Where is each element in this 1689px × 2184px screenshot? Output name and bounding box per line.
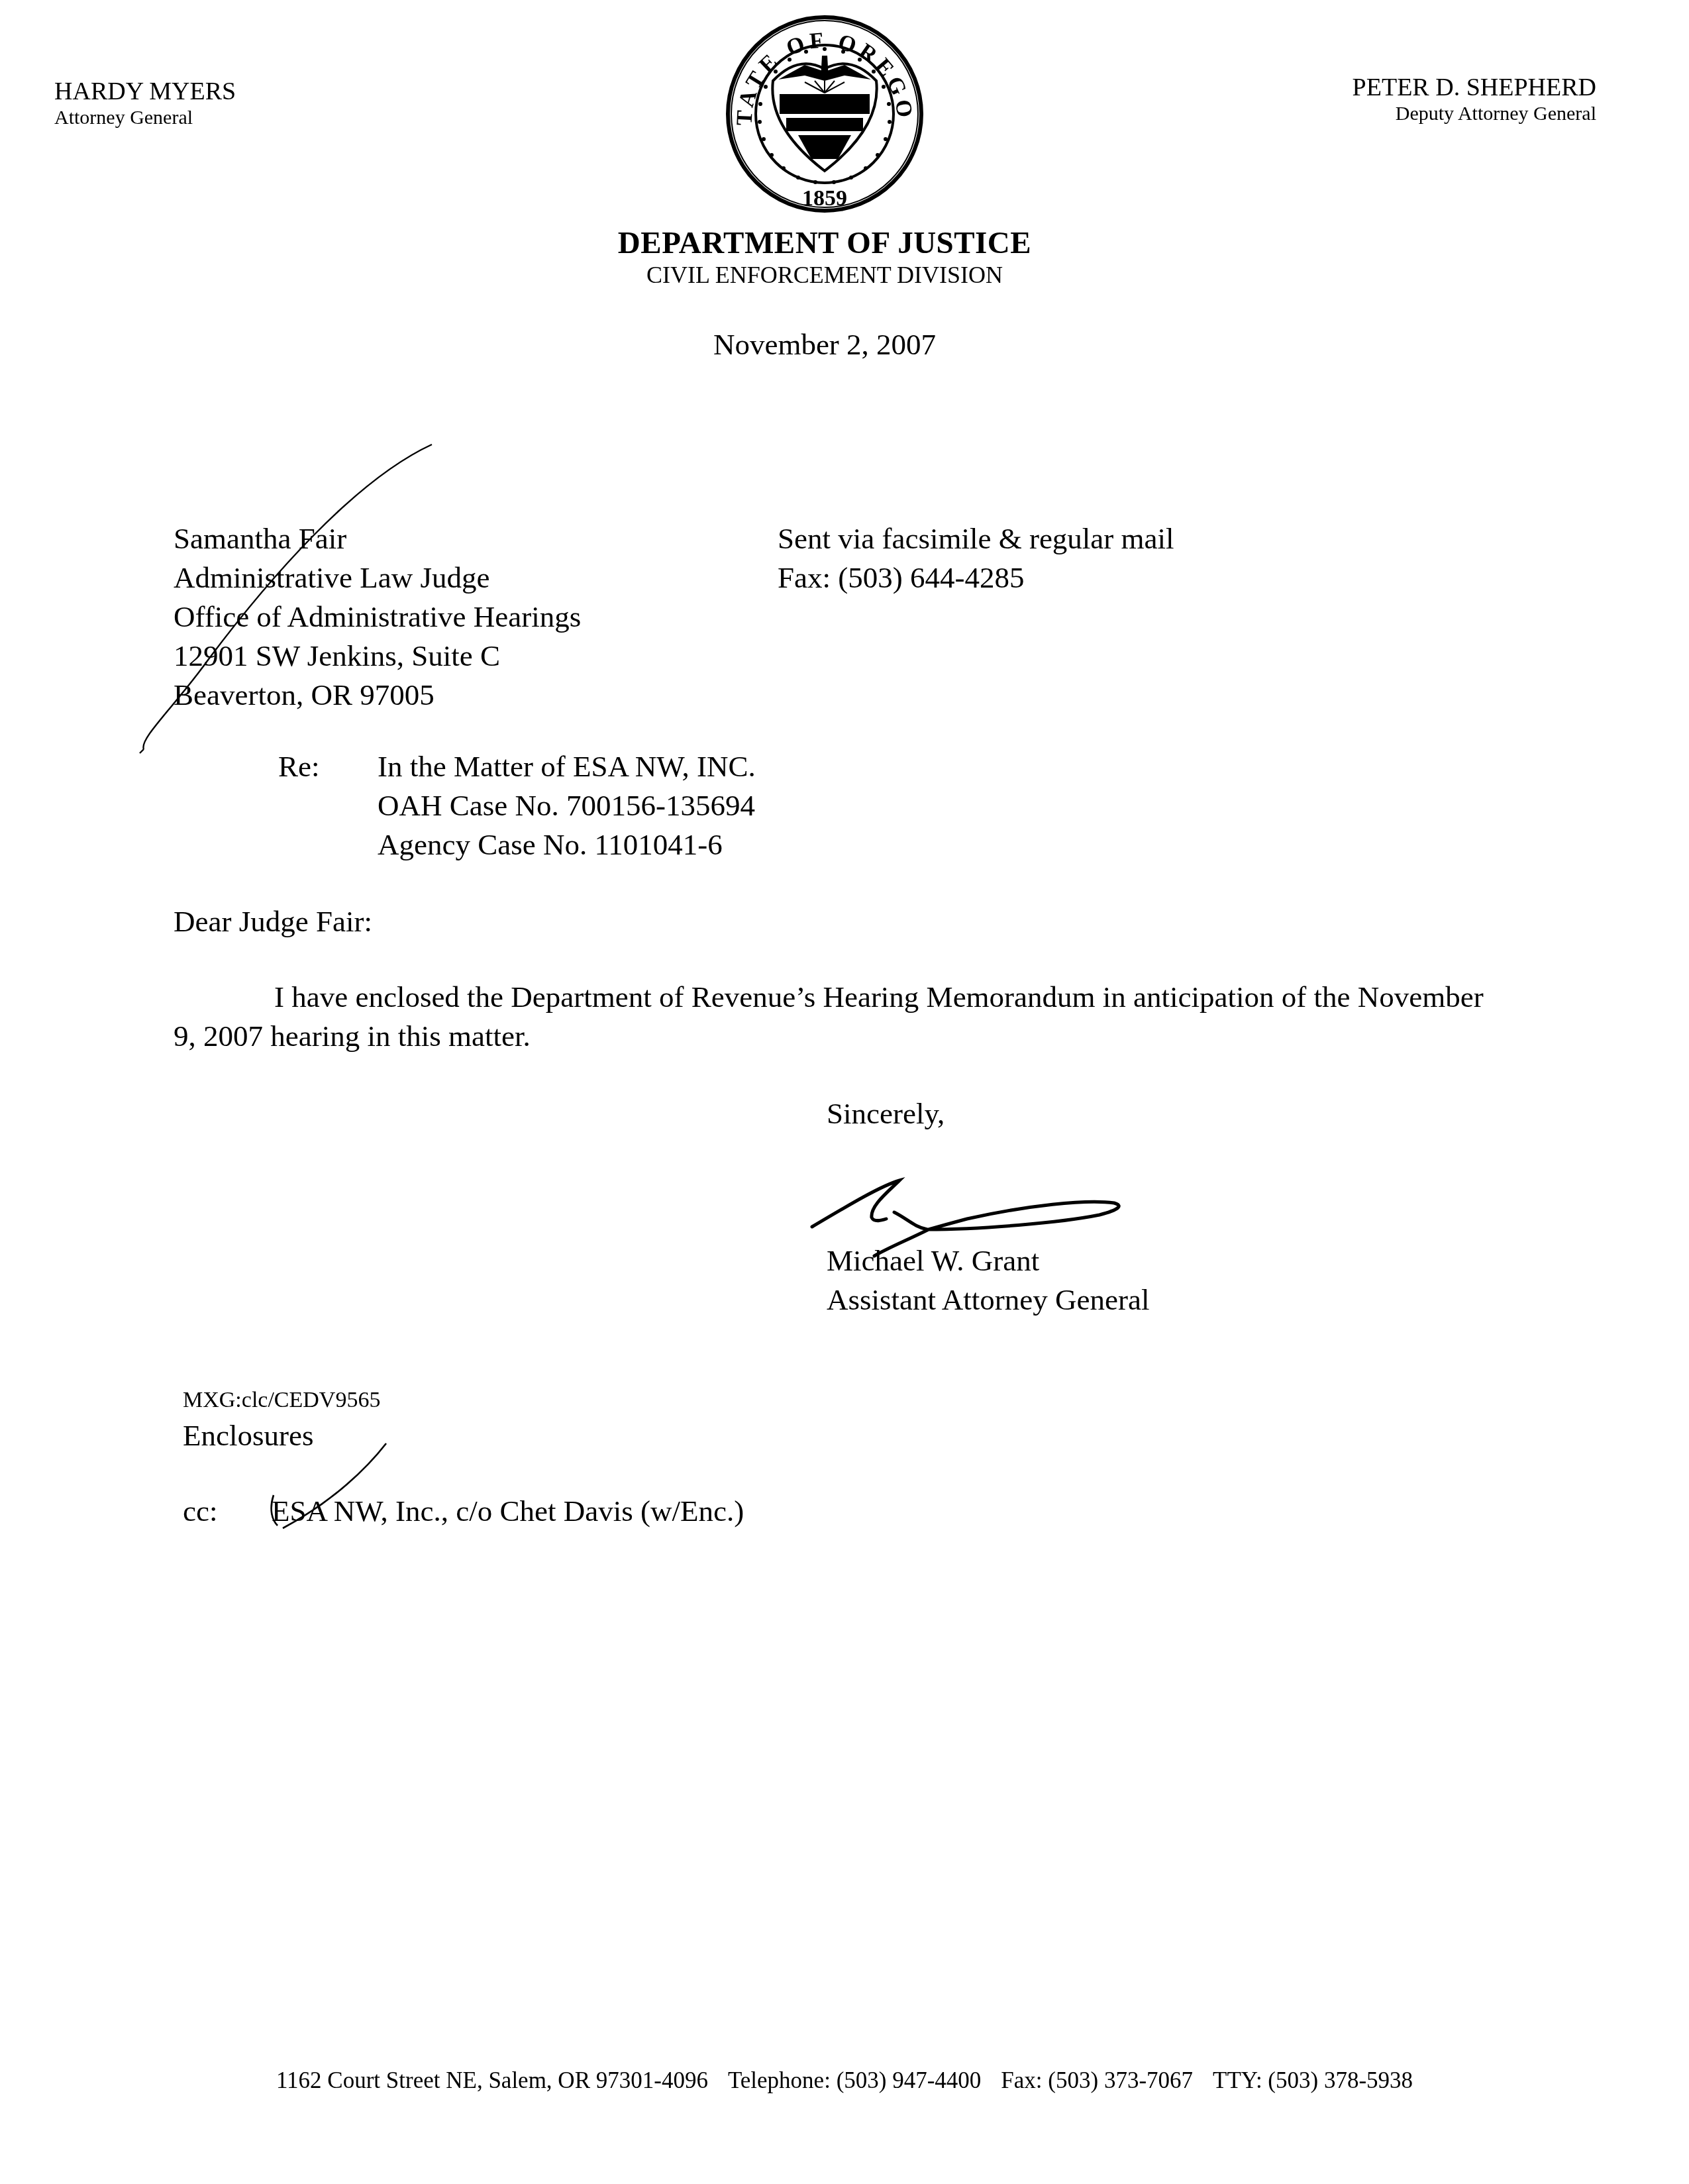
handwritten-signature bbox=[808, 1166, 1205, 1252]
footer-tty: TTY: (503) 378-5938 bbox=[1213, 2067, 1413, 2093]
body-paragraph: I have enclosed the Department of Revenu… bbox=[174, 978, 1492, 1056]
re-matter: In the Matter of ESA NW, INC. bbox=[378, 747, 756, 786]
body-paragraph-text: I have enclosed the Department of Revenu… bbox=[174, 980, 1484, 1053]
footer-fax: Fax: (503) 373-7067 bbox=[1001, 2067, 1193, 2093]
valediction: Sincerely, bbox=[827, 1094, 945, 1133]
delivery-method: Sent via facsimile & regular mail bbox=[778, 519, 1174, 558]
re-label: Re: bbox=[278, 747, 320, 786]
deputy-attorney-general-title: Deputy Attorney General bbox=[1353, 102, 1596, 126]
signer-title: Assistant Attorney General bbox=[827, 1280, 1149, 1320]
re-oah-case: OAH Case No. 700156-135694 bbox=[378, 786, 756, 825]
state-of-oregon-seal-icon: STATE OF OREGON 1859 bbox=[725, 15, 924, 213]
deputy-attorney-general-name: PETER D. SHEPHERD bbox=[1353, 73, 1596, 102]
salutation: Dear Judge Fair: bbox=[174, 902, 372, 941]
attorney-general-title: Attorney General bbox=[54, 106, 236, 130]
footer-address: 1162 Court Street NE, Salem, OR 97301-40… bbox=[276, 2067, 708, 2093]
svg-text:1859: 1859 bbox=[802, 186, 847, 211]
department-name: DEPARTMENT OF JUSTICE bbox=[0, 225, 1649, 261]
re-agency-case: Agency Case No. 1101041-6 bbox=[378, 825, 756, 864]
cc-label: cc: bbox=[183, 1492, 217, 1531]
division-name: CIVIL ENFORCEMENT DIVISION bbox=[0, 261, 1649, 289]
signer-name: Michael W. Grant bbox=[827, 1241, 1149, 1280]
department-heading: DEPARTMENT OF JUSTICE CIVIL ENFORCEMENT … bbox=[0, 225, 1649, 289]
handwritten-check-mark-cc bbox=[268, 1441, 401, 1534]
re-block: In the Matter of ESA NW, INC. OAH Case N… bbox=[378, 747, 756, 864]
delivery-block: Sent via facsimile & regular mail Fax: (… bbox=[778, 519, 1174, 598]
reference-initials: MXG:clc/CEDV9565 bbox=[183, 1387, 380, 1414]
delivery-fax: Fax: (503) 644-4285 bbox=[778, 558, 1174, 598]
handwritten-check-mark bbox=[136, 441, 440, 758]
footer-telephone: Telephone: (503) 947-4400 bbox=[728, 2067, 981, 2093]
letter-date: November 2, 2007 bbox=[0, 327, 1649, 362]
letterhead-footer: 1162 Court Street NE, Salem, OR 97301-40… bbox=[0, 2067, 1689, 2095]
signer-block: Michael W. Grant Assistant Attorney Gene… bbox=[827, 1241, 1149, 1320]
attorney-general-block: HARDY MYERS Attorney General bbox=[54, 77, 236, 130]
attorney-general-name: HARDY MYERS bbox=[54, 77, 236, 106]
deputy-attorney-general-block: PETER D. SHEPHERD Deputy Attorney Genera… bbox=[1353, 73, 1596, 126]
